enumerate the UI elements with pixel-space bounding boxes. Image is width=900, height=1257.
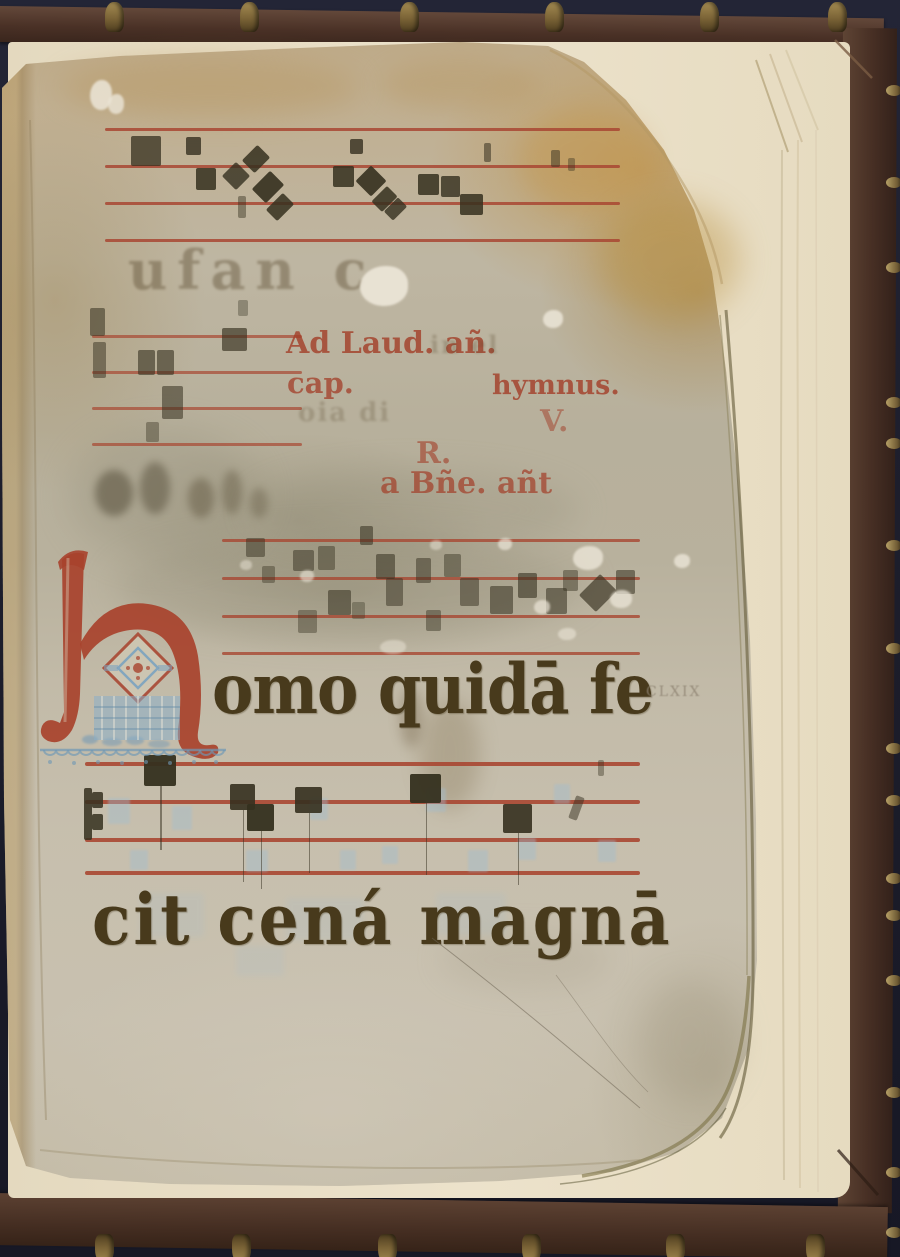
brass-stud-bottom: [522, 1234, 541, 1257]
brass-boss-side: [886, 540, 900, 551]
brass-stud-top: [545, 2, 564, 32]
brass-boss-side: [886, 873, 900, 884]
brass-boss-side: [886, 910, 900, 921]
brass-boss-side: [886, 177, 900, 188]
brass-boss-side: [886, 262, 900, 273]
brass-boss-side: [886, 397, 900, 408]
brass-boss-side: [886, 1087, 900, 1098]
brass-boss-side: [886, 975, 900, 986]
brass-stud-top: [400, 2, 419, 32]
brass-stud-top: [105, 2, 124, 32]
brass-stud-top: [828, 2, 847, 32]
brass-boss-side: [886, 1227, 900, 1238]
binding-hardware-layer: [0, 0, 900, 1257]
brass-boss-side: [886, 643, 900, 654]
brass-stud-bottom: [806, 1234, 825, 1257]
brass-boss-side: [886, 438, 900, 449]
manuscript-photo: Ad Laud. añ.cap.hymnus.V.R.a Bñe. añtufa…: [0, 0, 900, 1257]
brass-stud-bottom: [95, 1234, 114, 1257]
brass-boss-side: [886, 85, 900, 96]
brass-boss-side: [886, 795, 900, 806]
brass-stud-bottom: [232, 1234, 251, 1257]
brass-boss-side: [886, 1167, 900, 1178]
brass-stud-bottom: [666, 1234, 685, 1257]
brass-stud-bottom: [378, 1234, 397, 1257]
brass-boss-side: [886, 743, 900, 754]
brass-stud-top: [700, 2, 719, 32]
brass-stud-top: [240, 2, 259, 32]
